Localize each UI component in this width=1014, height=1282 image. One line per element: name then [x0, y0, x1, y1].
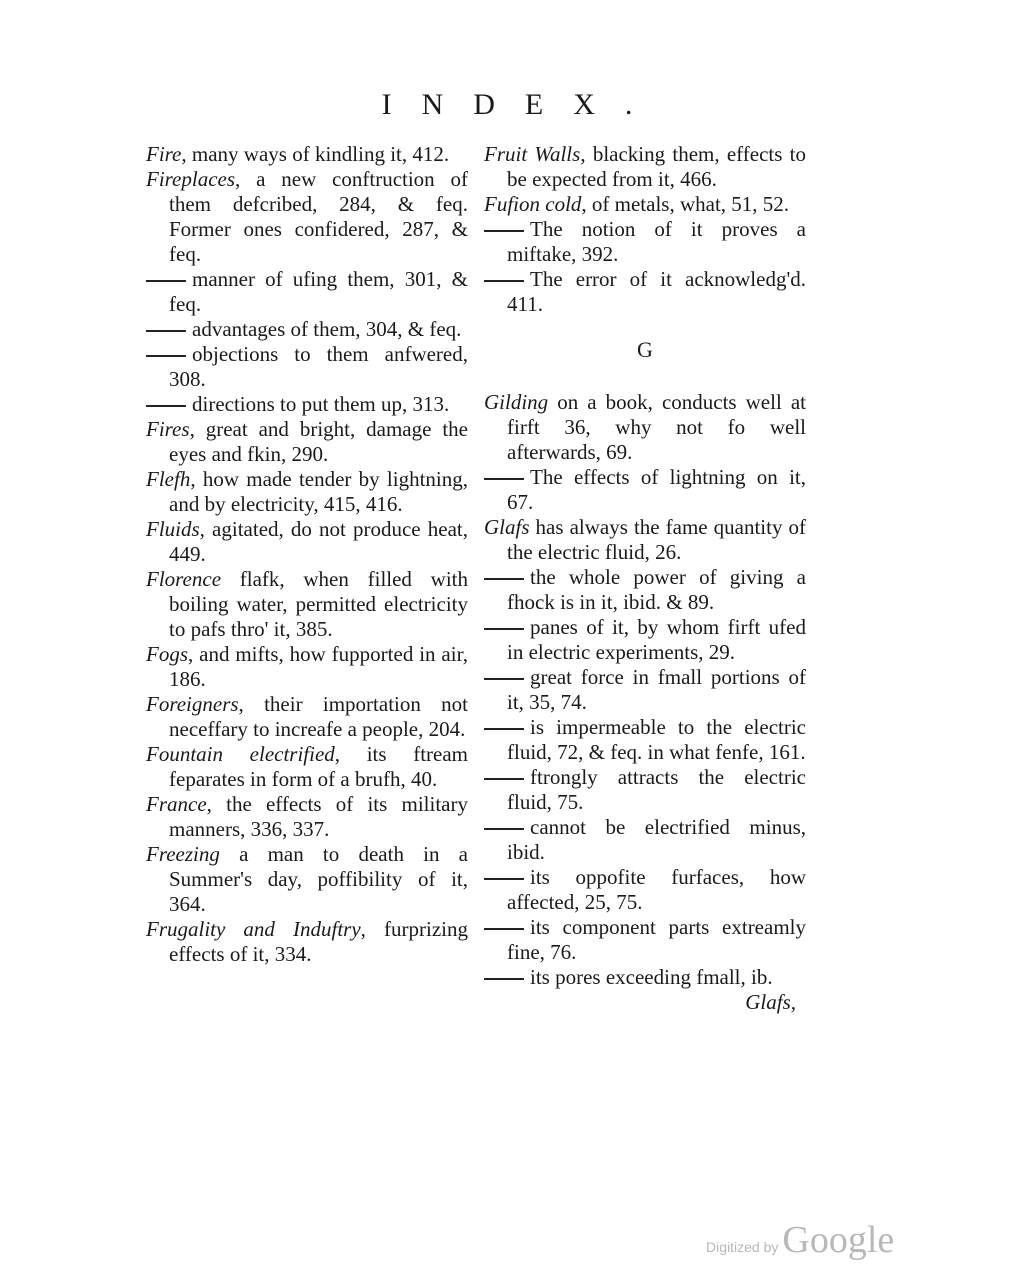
index-entry: Fires, great and bright, damage the eyes… [146, 417, 468, 467]
dash-rule [484, 928, 524, 930]
index-entry: Fireplaces, a new conftruction of them d… [146, 167, 468, 267]
index-entry: Flefh, how made tender by lightning, and… [146, 467, 468, 517]
dash-rule [484, 878, 524, 880]
dash-rule [484, 578, 524, 580]
index-subentry: ftrongly attracts the electric fluid, 75… [484, 765, 806, 815]
dash-rule [484, 230, 524, 232]
dash-rule [484, 728, 524, 730]
dash-rule [484, 678, 524, 680]
index-subentry: objections to them anfwered, 308. [146, 342, 468, 392]
index-entry: Fire, many ways of kindling it, 412. [146, 142, 468, 167]
dash-rule [484, 828, 524, 830]
index-entry: Fountain electrified, its ftream feparat… [146, 742, 468, 792]
index-subentry: advantages of them, 304, & feq. [146, 317, 468, 342]
index-entry: France, the effects of its military mann… [146, 792, 468, 842]
dash-rule [484, 628, 524, 630]
dash-rule [146, 330, 186, 332]
index-subentry: its oppofite furfaces, how affected, 25,… [484, 865, 806, 915]
dash-rule [146, 405, 186, 407]
index-subentry: The notion of it proves a miftake, 392. [484, 217, 806, 267]
dash-rule [146, 355, 186, 357]
index-subentry: cannot be electrified minus, ibid. [484, 815, 806, 865]
dash-rule [484, 978, 524, 980]
watermark-prefix: Digitized by [706, 1239, 778, 1255]
index-entry: Freezing a man to death in a Summer's da… [146, 842, 468, 917]
index-subentry: The error of it acknowledg'd. 411. [484, 267, 806, 317]
google-logo: Google [782, 1219, 894, 1261]
index-column-right: Fruit Walls, blacking them, effects to b… [484, 142, 806, 1015]
section-letter-heading: G [484, 337, 806, 362]
index-subentry: the whole power of giving a fhock is in … [484, 565, 806, 615]
index-entry: Gilding on a book, conducts well at firf… [484, 390, 806, 465]
index-entry: Florence flafk, when filled with boiling… [146, 567, 468, 642]
dash-rule [146, 280, 186, 282]
index-column-left: Fire, many ways of kindling it, 412. Fir… [146, 142, 468, 967]
digitized-watermark: Digitized by Google [706, 1218, 894, 1262]
dash-rule [484, 778, 524, 780]
index-subentry: is impermeable to the electric fluid, 72… [484, 715, 806, 765]
index-subentry: manner of ufing them, 301, & feq. [146, 267, 468, 317]
index-entry: Frugality and Induftry, furprizing effec… [146, 917, 468, 967]
index-subentry: panes of it, by whom firft ufed in elect… [484, 615, 806, 665]
index-entry: Fufion cold, of metals, what, 51, 52. [484, 192, 806, 217]
index-entry: Glafs has always the fame quantity of th… [484, 515, 806, 565]
dash-rule [484, 280, 524, 282]
index-entry: Fluids, agitated, do not produce heat, 4… [146, 517, 468, 567]
index-subentry: its component parts extreamly fine, 76. [484, 915, 806, 965]
index-entry: Foreigners, their importation not neceff… [146, 692, 468, 742]
index-entry: Fogs, and mifts, how fupported in air, 1… [146, 642, 468, 692]
catchword: Glafs, [484, 990, 806, 1015]
index-entry: Fruit Walls, blacking them, effects to b… [484, 142, 806, 192]
index-subentry: its pores exceeding fmall, ib. [484, 965, 806, 990]
index-subentry: The effects of lightning on it, 67. [484, 465, 806, 515]
page-title: INDEX. [0, 88, 1014, 122]
index-subentry: directions to put them up, 313. [146, 392, 468, 417]
dash-rule [484, 478, 524, 480]
index-subentry: great force in fmall portions of it, 35,… [484, 665, 806, 715]
